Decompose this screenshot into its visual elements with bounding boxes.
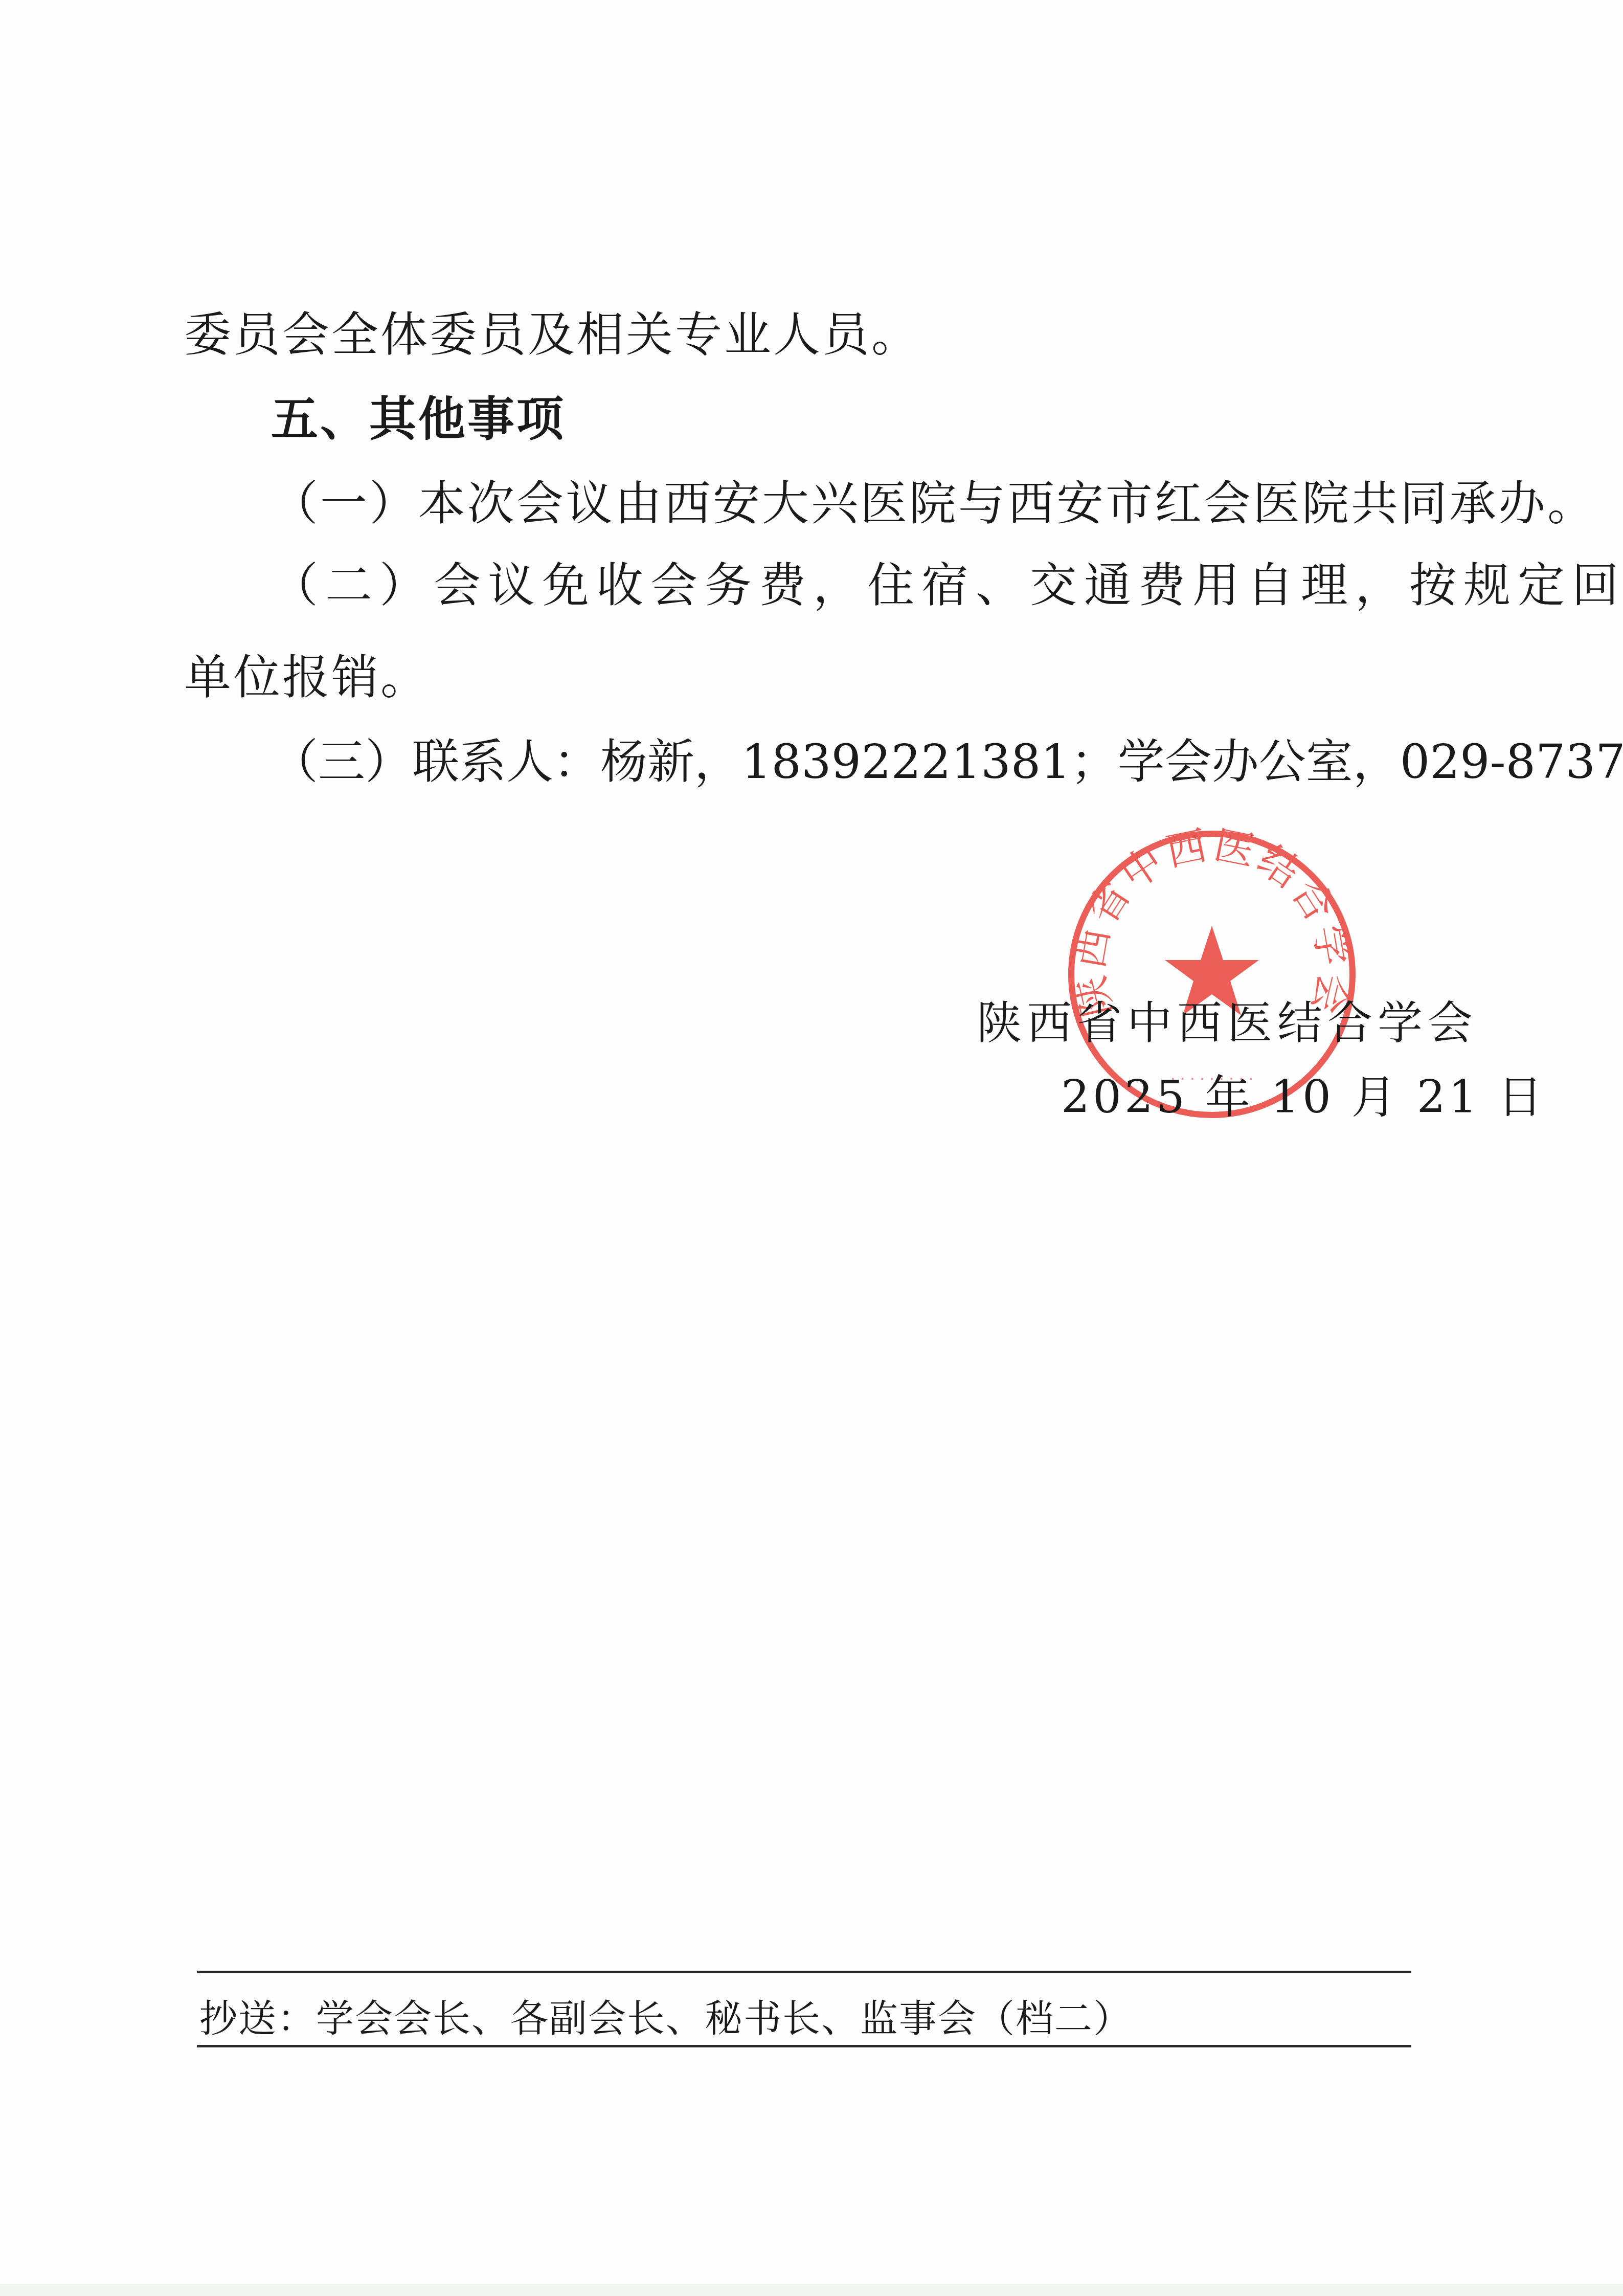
signature-date: 2025 年 10 月 21 日 <box>1061 1066 1546 1128</box>
body-line-committee-members: 委员会全体委员及相关专业人员。 <box>184 299 920 371</box>
item-fees-line2: 单位报销。 <box>184 642 430 714</box>
item-host-hospitals: （一）本次会议由西安大兴医院与西安市红会医院共同承办。 <box>271 468 1596 540</box>
document-page: 委员会全体委员及相关专业人员。 五、其他事项 （一）本次会议由西安大兴医院与西安… <box>0 0 1623 2296</box>
footer-rule-top <box>197 1971 1411 1973</box>
section-heading-other-matters: 五、其他事项 <box>271 384 566 455</box>
footer-cc-line: 抄送：学会会长、各副会长、秘书长、监事会（档二） <box>199 1991 1132 2047</box>
signature-organization: 陕西省中西医结合学会 <box>977 992 1478 1054</box>
footer-rule-bottom <box>197 2045 1411 2047</box>
item-fees-line1: （二）会议免收会务费，住宿、交通费用自理，按规定回原 <box>271 550 1623 621</box>
scan-bottom-edge <box>0 2284 1623 2296</box>
item-contacts: （三）联系人：杨新，18392221381；学会办公室，029-87375477… <box>271 726 1623 798</box>
